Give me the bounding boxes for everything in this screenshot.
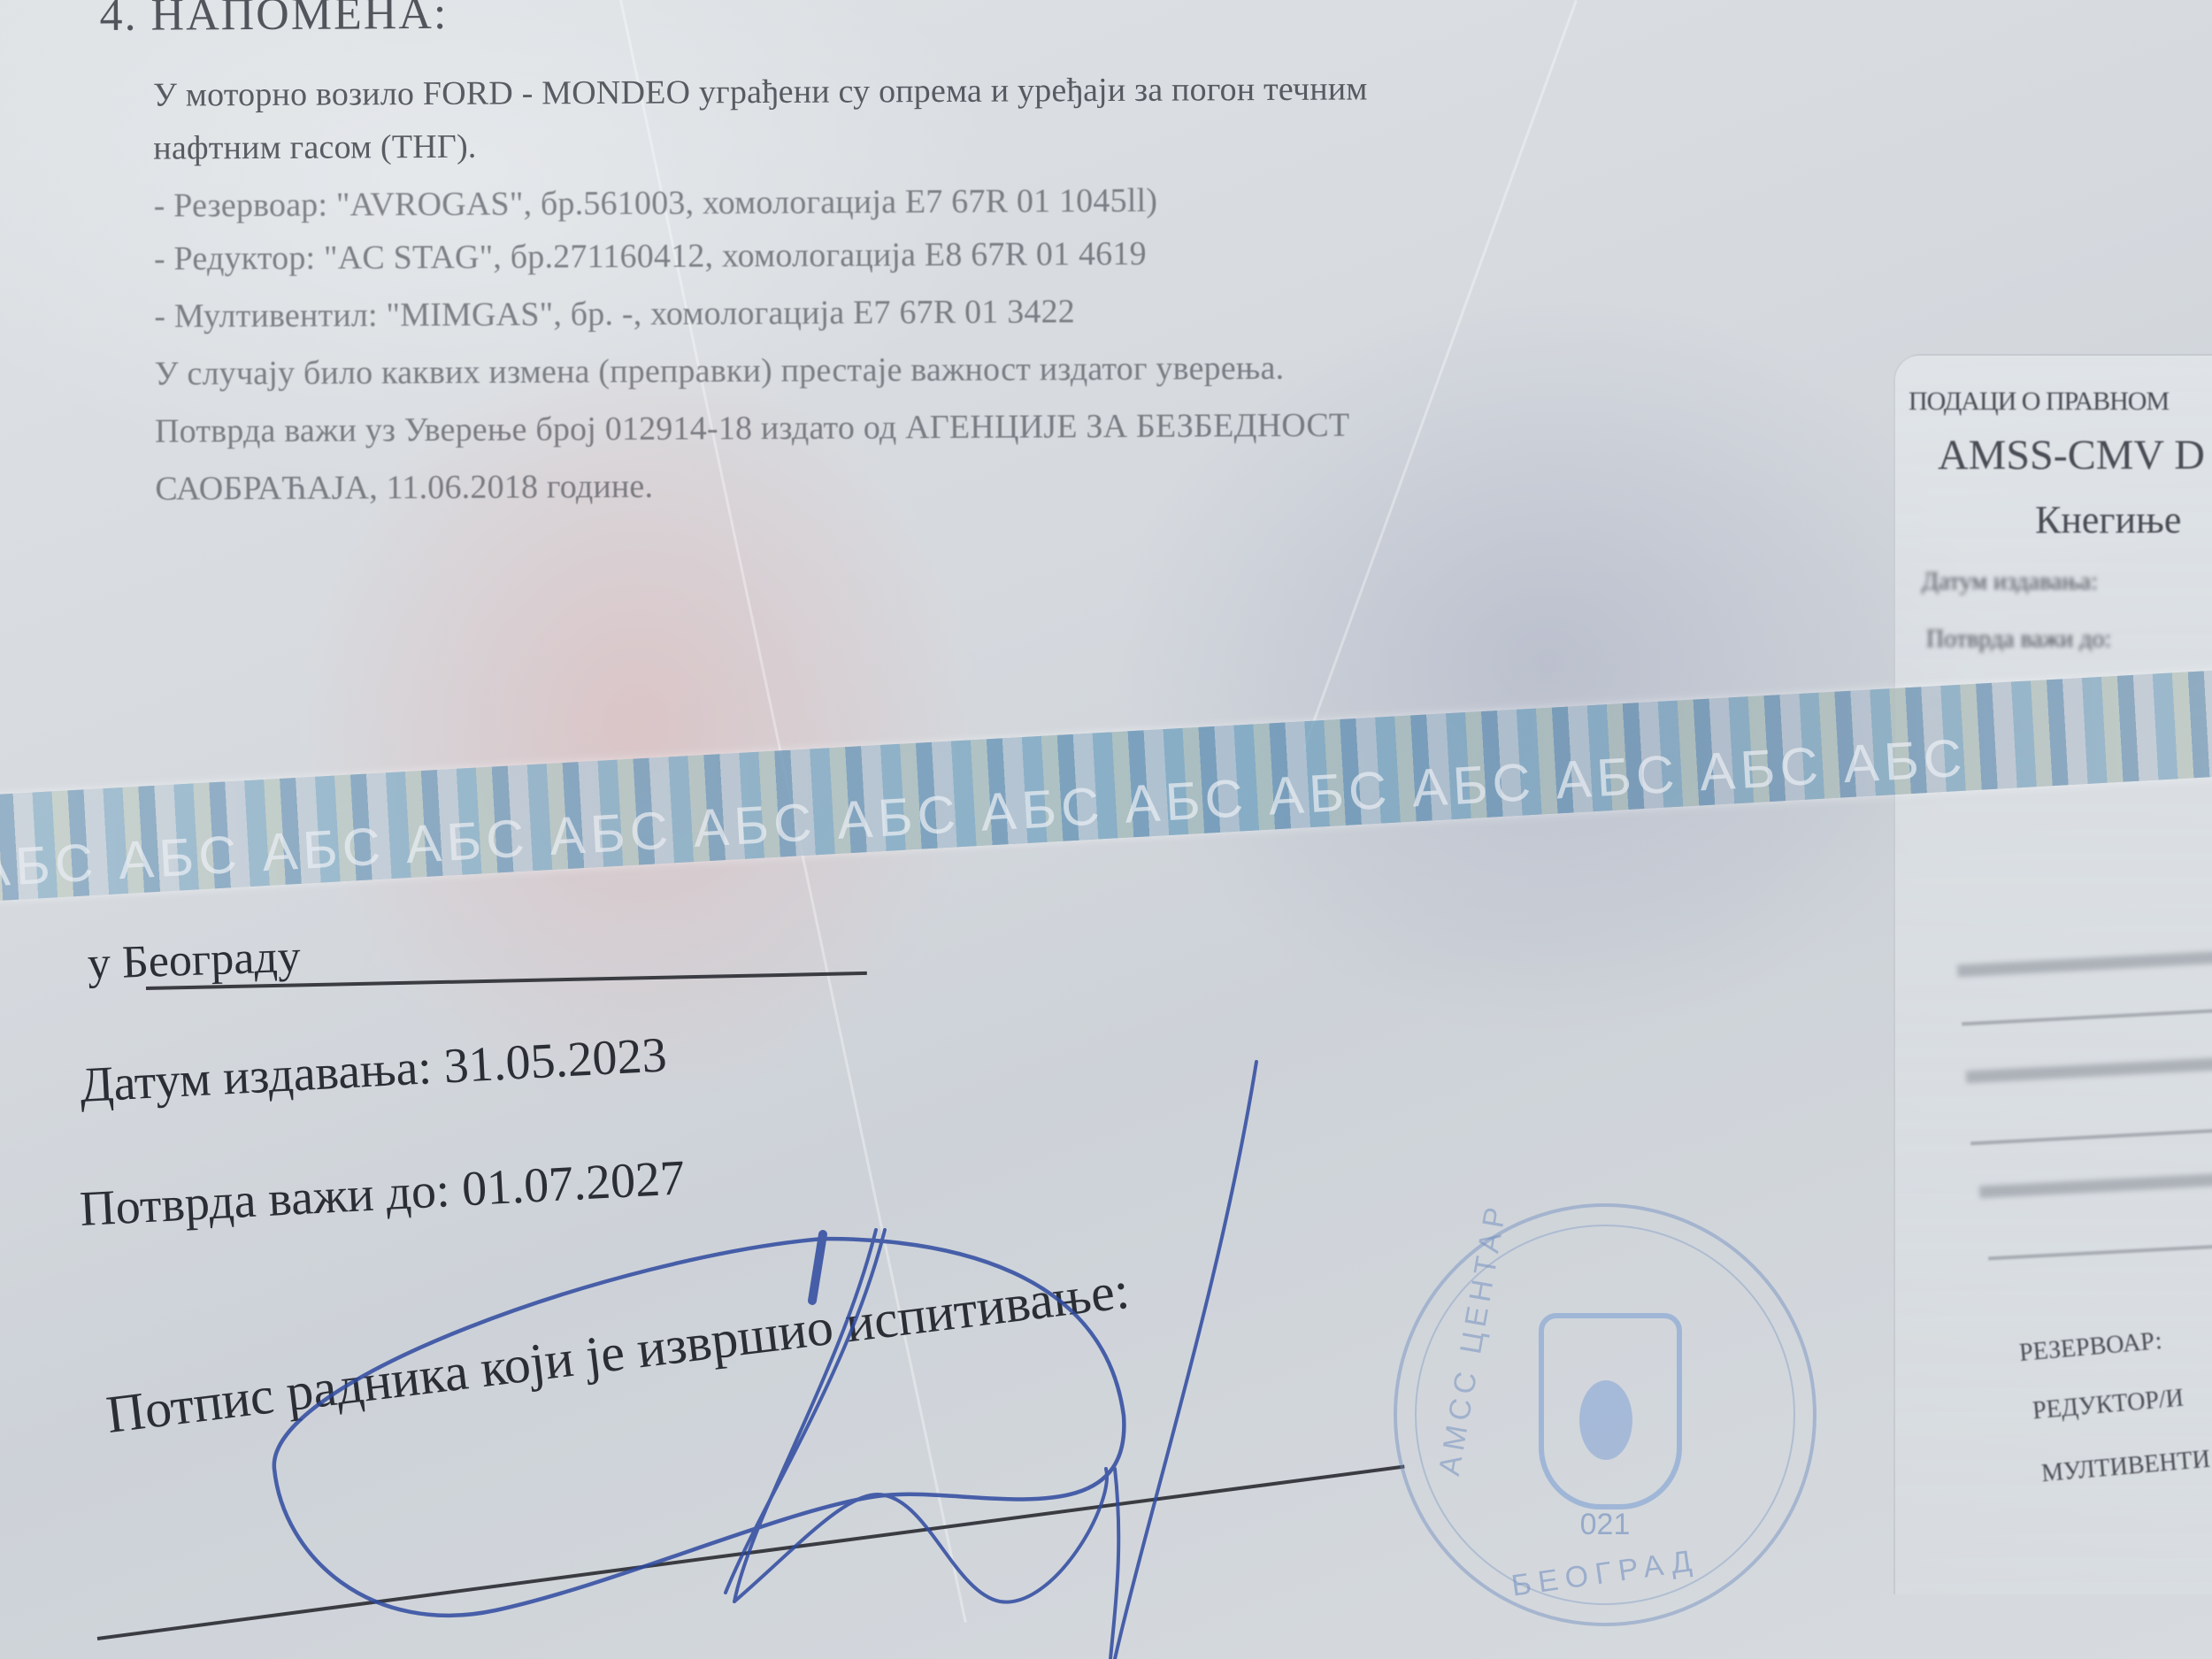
place-of-issue: у Београду <box>87 931 302 990</box>
note-line: У моторно возило FORD - MONDEO уграђени … <box>153 69 1368 114</box>
side-panel: ПОДАЦИ О ПРАВНОМ AMSS-CMV D Кнегиње Дату… <box>1893 354 2212 1594</box>
side-field-tank: РЕЗЕРВОАР: <box>2018 1327 2163 1368</box>
side-panel-valid-until-label: Потврда важи до: <box>1926 626 2111 654</box>
side-panel-header: ПОДАЦИ О ПРАВНОМ <box>1909 387 2169 417</box>
note-line-date: САОБРАЋАЈА, 11.06.2018 године. <box>155 467 653 509</box>
note-heading: 4. НАПОМЕНА: <box>99 0 448 42</box>
issue-date-value: 31.05.2023 <box>442 1027 668 1094</box>
note-line-warning: У случају било каквих измена (преправки)… <box>155 349 1285 394</box>
redacted-line <box>1966 1056 2212 1084</box>
note-line-certificate-ref: Потврда важи уз Уверење број 012914-18 и… <box>155 406 1350 451</box>
valid-until-value: 01.07.2027 <box>461 1150 687 1217</box>
side-panel-company: AMSS-CMV D <box>1938 431 2205 480</box>
field-underline <box>1988 1242 2212 1261</box>
stamp-emblem-icon <box>1539 1313 1682 1509</box>
field-underline <box>1962 1008 2212 1026</box>
side-field-multivalve: МУЛТИВЕНТИ <box>2040 1446 2211 1489</box>
redacted-line <box>1979 1171 2212 1199</box>
side-field-reducer: РЕДУКТОР/И <box>2032 1385 2185 1426</box>
note-line-tank: - Резервоар: "AVROGAS", бр.561003, хомол… <box>154 181 1158 226</box>
official-stamp: АМСС ЦЕНТАР 021 БЕОГРАД <box>1394 1203 1816 1626</box>
note-line-reducer: - Редуктор: "AC STAG", бр.271160412, хом… <box>154 234 1147 279</box>
note-line: нафтним гасом (ТНГ). <box>153 127 476 168</box>
note-line-multivalve: - Мултивентил: "MIMGAS", бр. -, хомолога… <box>154 292 1075 335</box>
field-underline <box>1970 1127 2212 1146</box>
side-panel-issue-date-label: Датум издавања: <box>1922 568 2098 596</box>
side-panel-street: Кнегиње <box>2035 497 2181 542</box>
redacted-line <box>1957 950 2212 978</box>
